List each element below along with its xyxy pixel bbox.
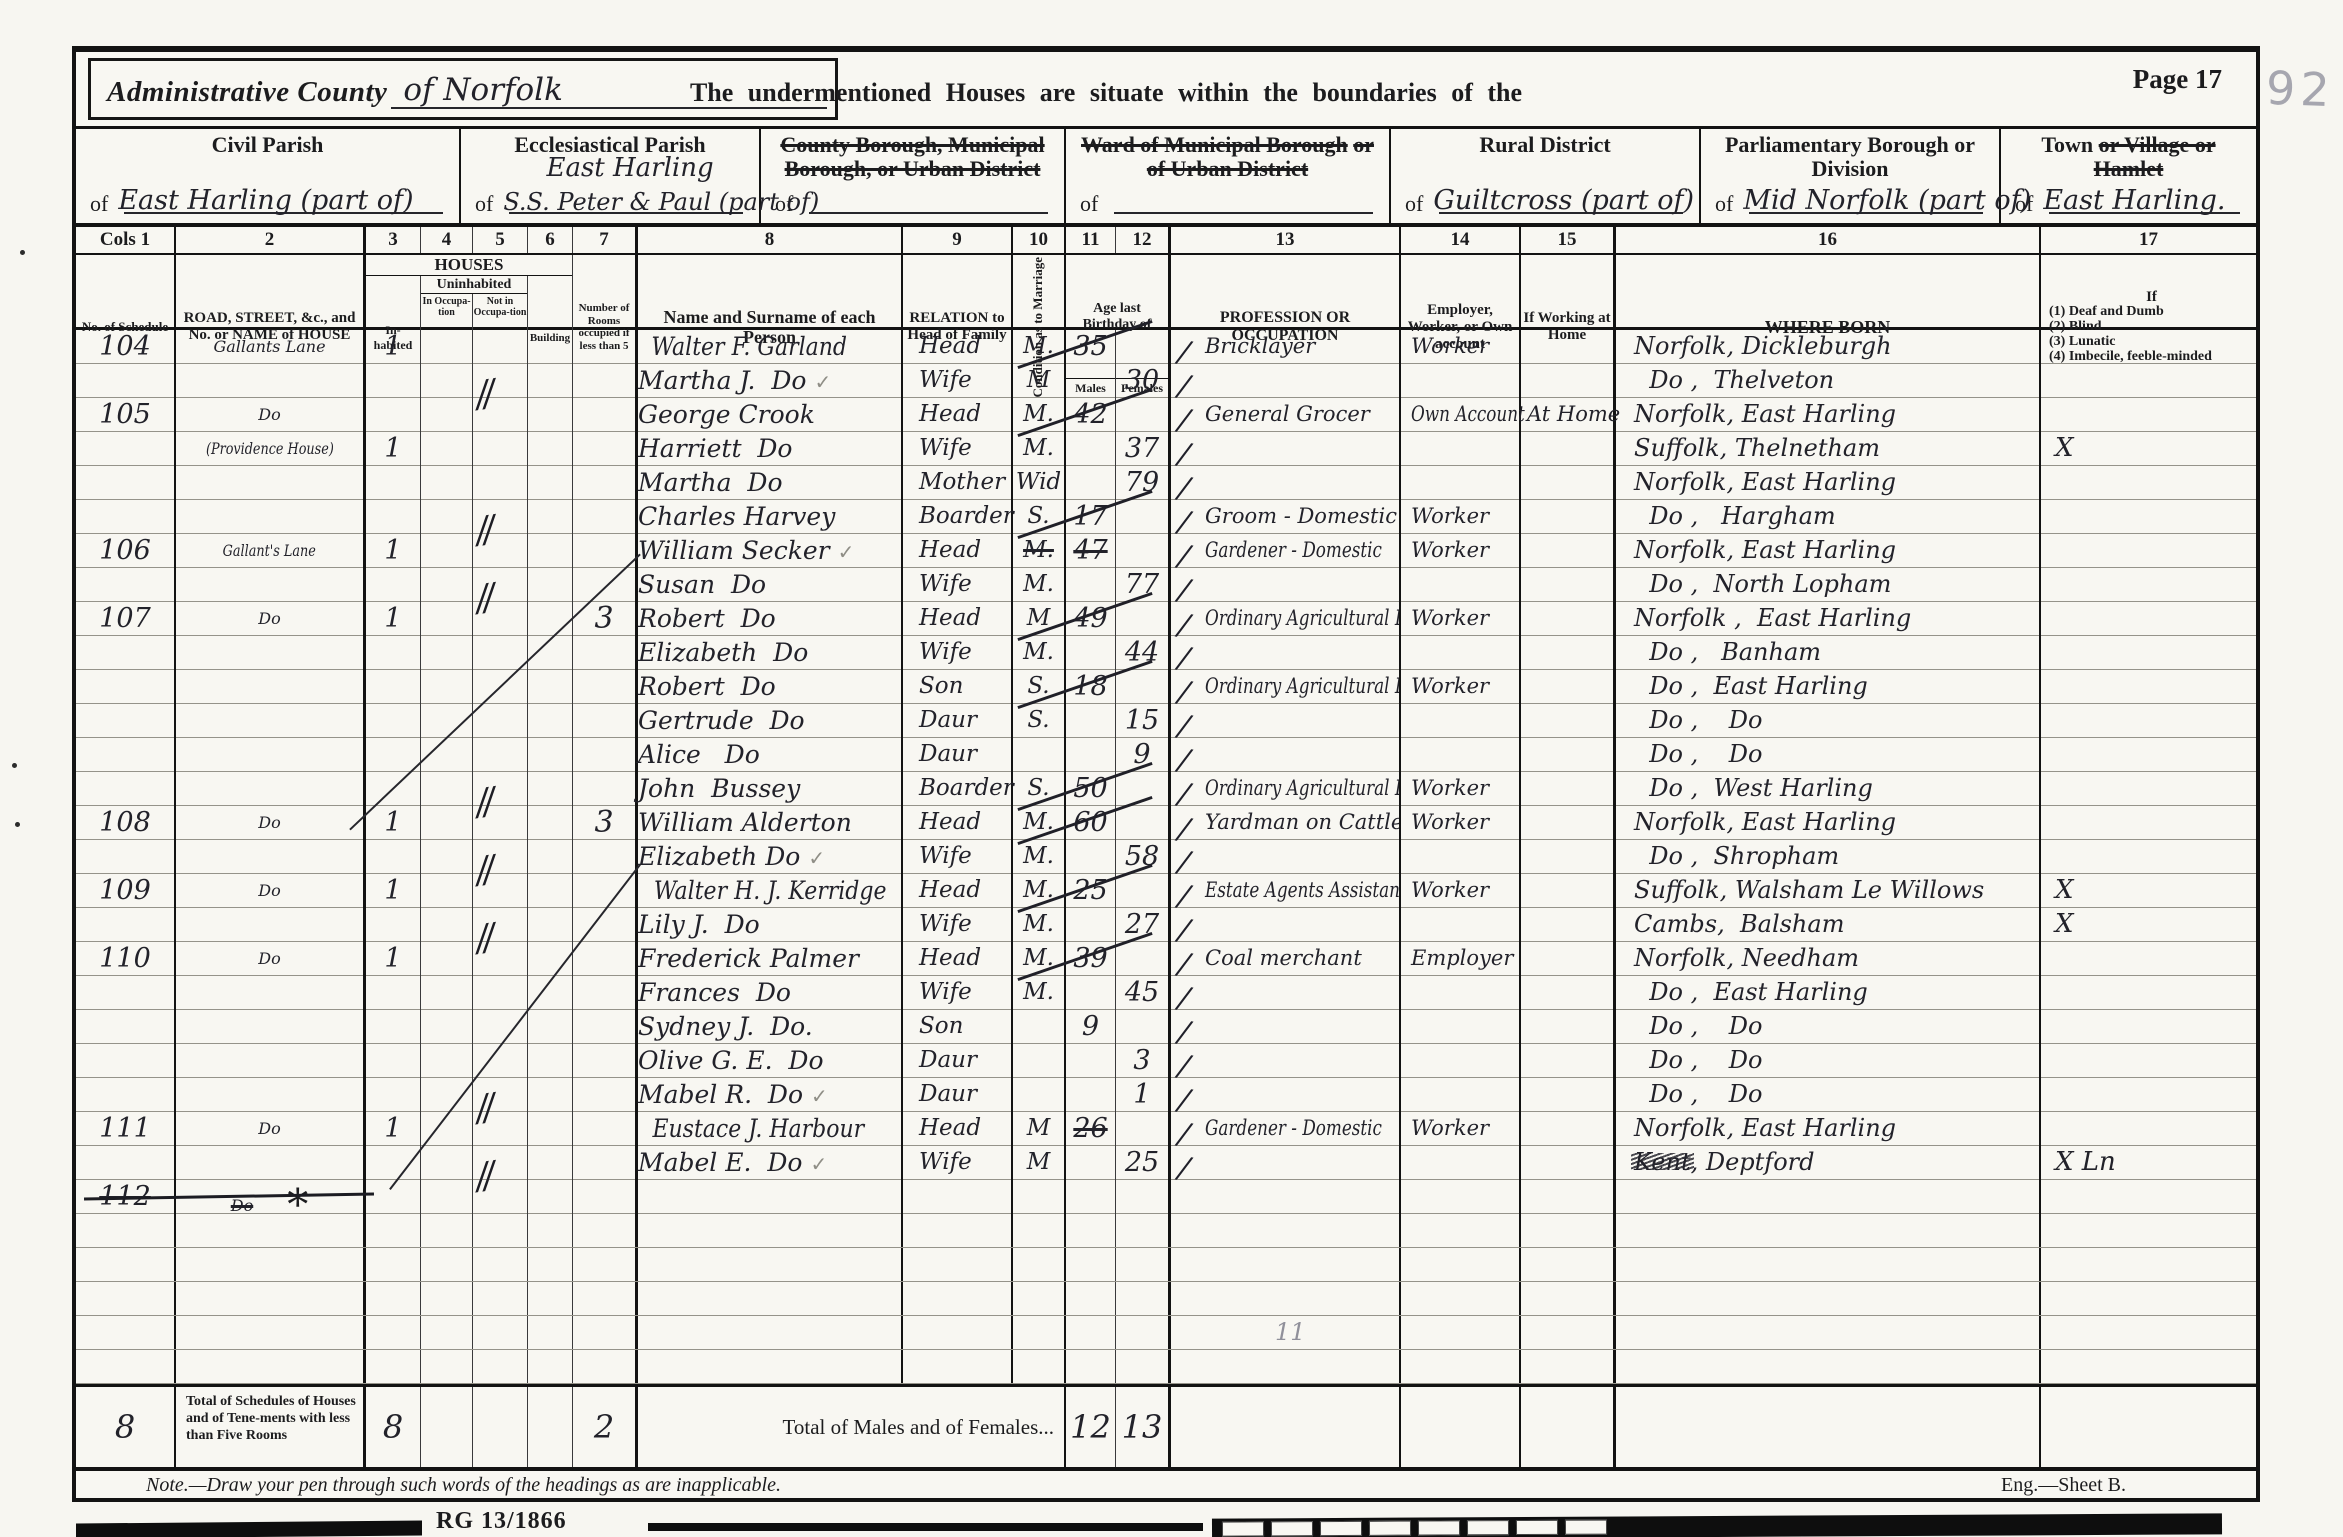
town-section: Town or Village or Hamlet of East Harlin… — [2001, 129, 2256, 223]
house-address: Do — [176, 874, 366, 911]
footer: Note.—Draw your pen through such words o… — [76, 1471, 2256, 1497]
parliamentary-borough-label: Parliamentary Borough or Division — [1707, 133, 1993, 181]
person-name: Walter F. Garland — [638, 330, 903, 367]
top-band: Administrative County of Norfolk The und… — [76, 52, 2256, 126]
census-sheet: Administrative County of Norfolk The und… — [0, 0, 2343, 1537]
bottom-black-bar — [648, 1523, 1203, 1531]
schedule-number: 111 — [76, 1112, 176, 1149]
schedule-number: 105 — [76, 398, 176, 435]
ward-label: Ward of Municipal Borough or of Urban Di… — [1072, 133, 1383, 181]
where-born: Do , Do — [1616, 1078, 2041, 1115]
parliamentary-borough-value: of Mid Norfolk (part of) — [1715, 183, 1985, 217]
bottom-strip: RG 13/1866 — [0, 1509, 2343, 1537]
person-row: Martha DoMotherWid79/Norfolk, East Harli… — [76, 466, 2256, 500]
town-label: Town or Village or Hamlet — [2007, 133, 2250, 181]
person-name: Gertrude Do — [638, 704, 903, 741]
scan-speck — [20, 250, 25, 255]
ecclesiastical-parish-value: of S.S. Peter & Paul (part of) — [475, 183, 745, 217]
person-name: Frederick Palmer — [638, 942, 903, 979]
margin-pencil-number: 92 — [2266, 61, 2336, 117]
person-row: 111Do1Eustace J. HarbourHeadM26/Gardener… — [76, 1112, 2256, 1146]
person-name: Sydney J. Do. — [638, 1010, 903, 1047]
footer-note: Note.—Draw your pen through such words o… — [146, 1474, 781, 1497]
house-address: Do — [176, 806, 366, 844]
schedule-row: 112Do* — [76, 1180, 2256, 1214]
person-name: Charles Harvey — [638, 500, 903, 537]
house-address: Do — [176, 1112, 366, 1149]
administrative-county-label: Administrative County — [107, 76, 387, 109]
where-born: Norfolk, Needham — [1616, 942, 2041, 979]
occupation: /Ordinary Agricultural Labourer — [1171, 670, 1401, 707]
person-row: 108Do13William AldertonHeadM.60/Yardman … — [76, 806, 2256, 840]
where-born: Norfolk, East Harling — [1616, 806, 2041, 844]
where-born: Norfolk, East Harling — [1616, 1112, 2041, 1149]
occupation: /Bricklayer — [1171, 330, 1401, 367]
occupation: /Yardman on Cattle — [1171, 806, 1401, 844]
person-name: Martha J. Do✓ — [638, 364, 903, 401]
person-row: Robert DoSonS.18/Ordinary Agricultural L… — [76, 670, 2256, 704]
column-numbers: Cols 1 2 3 4 5 6 7 8 9 10 11 12 13 14 15… — [76, 227, 2256, 255]
piece-reference: RG 13/1866 — [436, 1508, 567, 1535]
page-number: Page 17 — [2133, 64, 2222, 95]
person-name: Elizabeth Do — [638, 636, 903, 673]
form-frame: Administrative County of Norfolk The und… — [72, 46, 2260, 1502]
person-name: Frances Do — [638, 976, 903, 1013]
sheet-reference: Eng.—Sheet B. — [2001, 1474, 2126, 1497]
person-row: 109Do1Walter H. J. KerridgeHeadM.25/Esta… — [76, 874, 2256, 908]
house-address: (Providence House) — [176, 432, 366, 469]
occupation: /General Grocer — [1171, 398, 1401, 435]
person-name: Mabel R. Do✓ — [638, 1078, 903, 1115]
occupation: /Estate Agents Assistant — [1171, 874, 1401, 911]
person-row: (Providence House)1Harriett DoWifeM.37/S… — [76, 432, 2256, 466]
rural-district-value: of Guiltcross (part of) — [1405, 183, 1685, 217]
ward-section: Ward of Municipal Borough or of Urban Di… — [1066, 129, 1391, 223]
person-name: William Alderton — [638, 806, 903, 844]
person-row: 104Gallants Lane1Walter F. GarlandHeadM.… — [76, 330, 2256, 364]
blank-row — [76, 1350, 2256, 1384]
civil-parish-section: Civil Parish of East Harling (part of) — [76, 129, 461, 223]
person-row: 107Do13Robert DoHeadM49/Ordinary Agricul… — [76, 602, 2256, 636]
person-name: George Crook — [638, 398, 903, 435]
person-row: Frances DoWifeM.45/ Do , East Harling — [76, 976, 2256, 1010]
person-name: Walter H. J. Kerridge — [638, 874, 903, 911]
where-born: Do , West Harling — [1616, 772, 2041, 809]
person-row: Lily J. DoWifeM.27/Cambs, BalshamX — [76, 908, 2256, 942]
person-name: Olive G. E. Do — [638, 1044, 903, 1081]
civil-parish-label: Civil Parish — [82, 133, 453, 157]
person-name: William Secker✓ — [638, 534, 903, 571]
person-row: Gertrude DoDaurS.15/ Do , Do — [76, 704, 2256, 738]
person-row: 110Do1Frederick PalmerHeadM.39/Coal merc… — [76, 942, 2256, 976]
house-address: Do — [176, 602, 366, 640]
scan-speck — [12, 763, 17, 768]
totals-males-females-label: Total of Males and of Females... — [638, 1387, 1066, 1467]
table-body: 104Gallants Lane1Walter F. GarlandHeadM.… — [76, 330, 2256, 1384]
where-born: Do , Thelveton — [1616, 364, 2041, 401]
where-born: Do , Do — [1616, 1044, 2041, 1081]
house-address: Gallants Lane — [176, 330, 366, 367]
where-born: Do , Banham — [1616, 636, 2041, 673]
where-born: Norfolk, East Harling — [1616, 466, 2041, 503]
person-name: Harriett Do — [638, 432, 903, 469]
town-value: of East Harling. — [2015, 183, 2242, 217]
schedule-number: 104 — [76, 330, 176, 367]
where-born: Norfolk, Dickleburgh — [1616, 330, 2041, 367]
ecclesiastical-parish-section: Ecclesiastical Parish East Harling of S.… — [461, 129, 761, 223]
ecclesiastical-parish-value-line1: East Harling — [546, 153, 713, 183]
schedule-number: 110 — [76, 942, 176, 979]
where-born: Do , East Harling — [1616, 670, 2041, 707]
person-name: Susan Do — [638, 568, 903, 605]
parliamentary-borough-section: Parliamentary Borough or Division of Mid… — [1701, 129, 2001, 223]
where-born: Norfolk, East Harling — [1616, 534, 2041, 571]
schedule-number: 107 — [76, 602, 176, 640]
occupation: /Groom - Domestic — [1171, 500, 1401, 537]
total-rooms: 2 — [573, 1387, 638, 1467]
person-row: Olive G. E. DoDaur3/ Do , Do — [76, 1044, 2256, 1078]
where-born: Do , East Harling — [1616, 976, 2041, 1013]
boundary-header: Civil Parish of East Harling (part of) E… — [76, 126, 2256, 227]
person-name: Robert Do — [638, 670, 903, 707]
person-name: Martha Do — [638, 466, 903, 503]
person-name: Lily J. Do — [638, 908, 903, 945]
person-row: 105DoGeorge CrookHeadM.42/General Grocer… — [76, 398, 2256, 432]
rural-district-label: Rural District — [1397, 133, 1693, 157]
where-born: Do , Hargham — [1616, 500, 2041, 537]
where-born: Do , Do — [1616, 738, 2041, 775]
person-row: Charles HarveyBoarderS.17/Groom - Domest… — [76, 500, 2256, 534]
person-row: Elizabeth DoWifeM.44/ Do , Banham — [76, 636, 2256, 670]
person-name: Mabel E. Do✓ — [638, 1146, 903, 1183]
blank-row — [76, 1214, 2256, 1248]
blank-row — [76, 1282, 2256, 1316]
house-address: Gallant's Lane — [176, 534, 366, 571]
schedule-number: 108 — [76, 806, 176, 844]
county-borough-label: County Borough, Municipal Borough, or Ur… — [767, 133, 1058, 181]
person-row: Elizabeth Do✓WifeM.58/ Do , Shropham — [76, 840, 2256, 874]
person-row: Susan DoWifeM.77/ Do , North Lopham — [76, 568, 2256, 602]
column-headers: No. of Schedule ROAD, STREET, &c., and N… — [76, 255, 2256, 330]
person-row: 106Gallant's Lane1William Secker✓HeadM.4… — [76, 534, 2256, 568]
occupation: /Gardener - Domestic — [1171, 534, 1401, 571]
where-born: Suffolk, Thelnetham — [1616, 432, 2041, 469]
where-born: Norfolk , East Harling — [1616, 602, 2041, 640]
total-houses: 8 — [366, 1387, 421, 1467]
where-born: Cambs, Balsham — [1616, 908, 2041, 945]
person-row: Mabel R. Do✓Daur1/ Do , Do — [76, 1078, 2256, 1112]
where-born: Do , Shropham — [1616, 840, 2041, 877]
situate-statement: The undermentioned Houses are situate wi… — [576, 78, 1636, 108]
totals-row: 8 Total of Schedules of Houses and of Te… — [76, 1384, 2256, 1471]
occupation: /Coal merchant — [1171, 942, 1401, 979]
rural-district-section: Rural District of Guiltcross (part of) — [1391, 129, 1701, 223]
person-row: Alice DoDaur9/ Do , Do — [76, 738, 2256, 772]
person-row: Martha J. Do✓WifeM30/ Do , Thelveton — [76, 364, 2256, 398]
ward-value: of — [1080, 183, 1375, 217]
person-name: Alice Do — [638, 738, 903, 775]
occupation: /Gardener - Domestic — [1171, 1112, 1401, 1149]
occupation: /Ordinary Agricultural Labourer — [1171, 772, 1401, 809]
administrative-county-value: of Norfolk — [403, 72, 562, 108]
bottom-black-wedge — [76, 1520, 422, 1537]
person-name: Elizabeth Do✓ — [638, 840, 903, 877]
total-males: 12 — [1066, 1387, 1116, 1467]
occupation: /Ordinary Agricultural Labourer — [1171, 602, 1401, 640]
where-born: Do , Do — [1616, 704, 2041, 741]
schedule-number: 106 — [76, 534, 176, 571]
schedule-number: 109 — [76, 874, 176, 911]
person-name: Eustace J. Harbour — [638, 1112, 903, 1149]
house-address: Do — [176, 942, 366, 979]
person-row: Sydney J. Do.Son9/ Do , Do — [76, 1010, 2256, 1044]
where-born: Norfolk, East Harling — [1616, 398, 2041, 435]
where-born: Suffolk, Walsham Le Willows — [1616, 874, 2041, 911]
next-sheet-cells — [1212, 1513, 2222, 1537]
where-born: Do , North Lopham — [1616, 568, 2041, 605]
house-address: Do — [176, 398, 366, 435]
where-born: Kent, Deptford — [1616, 1146, 2041, 1183]
total-females: 13 — [1116, 1387, 1171, 1467]
scan-speck — [15, 822, 20, 827]
totals-label: Total of Schedules of Houses and of Tene… — [176, 1387, 366, 1467]
where-born: Do , Do — [1616, 1010, 2041, 1047]
blank-row — [76, 1248, 2256, 1282]
civil-parish-value: of East Harling (part of) — [90, 183, 445, 217]
person-row: Mabel E. Do✓WifeM25/Kent, DeptfordX Ln — [76, 1146, 2256, 1180]
person-name: Robert Do — [638, 602, 903, 640]
colnum-1: Cols 1 — [76, 227, 176, 253]
blank-row: 11 — [76, 1316, 2256, 1350]
total-schedules: 8 — [76, 1387, 176, 1467]
person-name: John Bussey — [638, 772, 903, 809]
